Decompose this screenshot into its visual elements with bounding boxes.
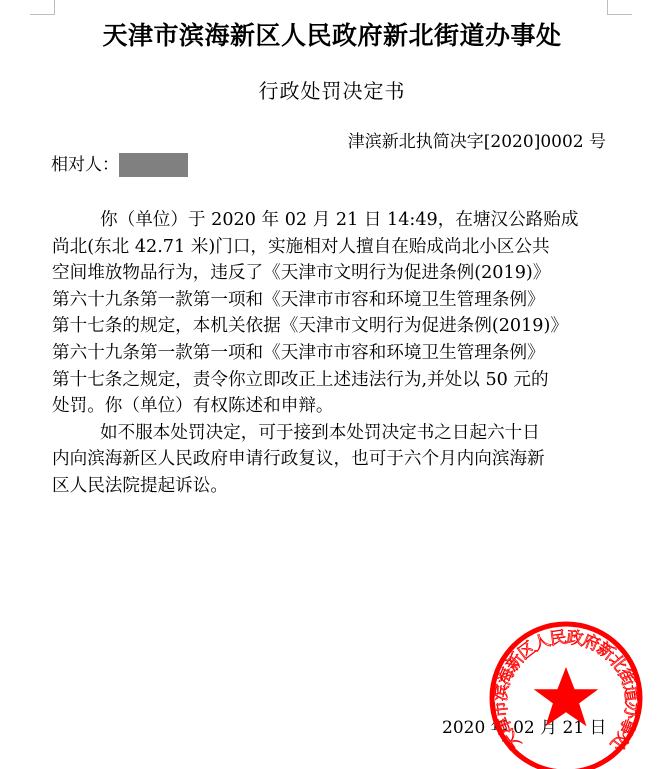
text-line: 处罚。你（单位）有权陈述和申辩。 [52,393,612,420]
text-line: 第十七条的规定，本机关依据《天津市文明行为促进条例(2019)》 [52,313,612,340]
page-corner-mark-top-left [30,0,55,15]
decision-body: 你（单位）于 2020 年 02 月 21 日 14:49，在塘汉公路贻成 尚北… [52,207,612,500]
seal-ring [492,624,640,769]
page-corner-mark-top-right [607,0,632,15]
text-line: 第十七条之规定，责令你立即改正上述违法行为,并处以 50 元的 [52,367,612,394]
issue-date: 2020 年 02 月 21 日 [442,716,607,740]
paragraph-appeal-rights: 如不服本处罚决定，可于接到本处罚决定书之日起六十日 内向滨海新区人民政府申请行政… [52,420,612,500]
text-line: 第六十九条第一款第一项和《天津市市容和环境卫生管理条例》 [52,287,612,314]
party-row: 相对人： [51,153,188,177]
party-name-redaction [119,153,188,177]
organization-title: 天津市滨海新区人民政府新北街道办事处 [0,20,664,52]
text-line: 区人民法院提起诉讼。 [52,473,612,500]
official-seal: 天津市滨海新区人民政府新北街道办事处 [487,619,645,769]
text-line: 空间堆放物品行为，违反了《天津市文明行为促进条例(2019)》 [52,260,612,287]
text-line: 尚北(东北 42.71 米)门口，实施相对人擅自在贻成尚北小区公共 [52,234,612,261]
text-line: 如不服本处罚决定，可于接到本处罚决定书之日起六十日 [52,420,612,447]
text-line: 第六十九条第一款第一项和《天津市市容和环境卫生管理条例》 [52,340,612,367]
paragraph-violation: 你（单位）于 2020 年 02 月 21 日 14:49，在塘汉公路贻成 尚北… [52,207,612,420]
text-line: 内向滨海新区人民政府申请行政复议，也可于六个月内向滨海新 [52,446,612,473]
document-title: 行政处罚决定书 [0,78,664,104]
document-number: 津滨新北执简决字[2020]0002 号 [348,130,606,154]
party-label: 相对人： [51,153,119,177]
text-line: 你（单位）于 2020 年 02 月 21 日 14:49，在塘汉公路贻成 [52,207,612,234]
